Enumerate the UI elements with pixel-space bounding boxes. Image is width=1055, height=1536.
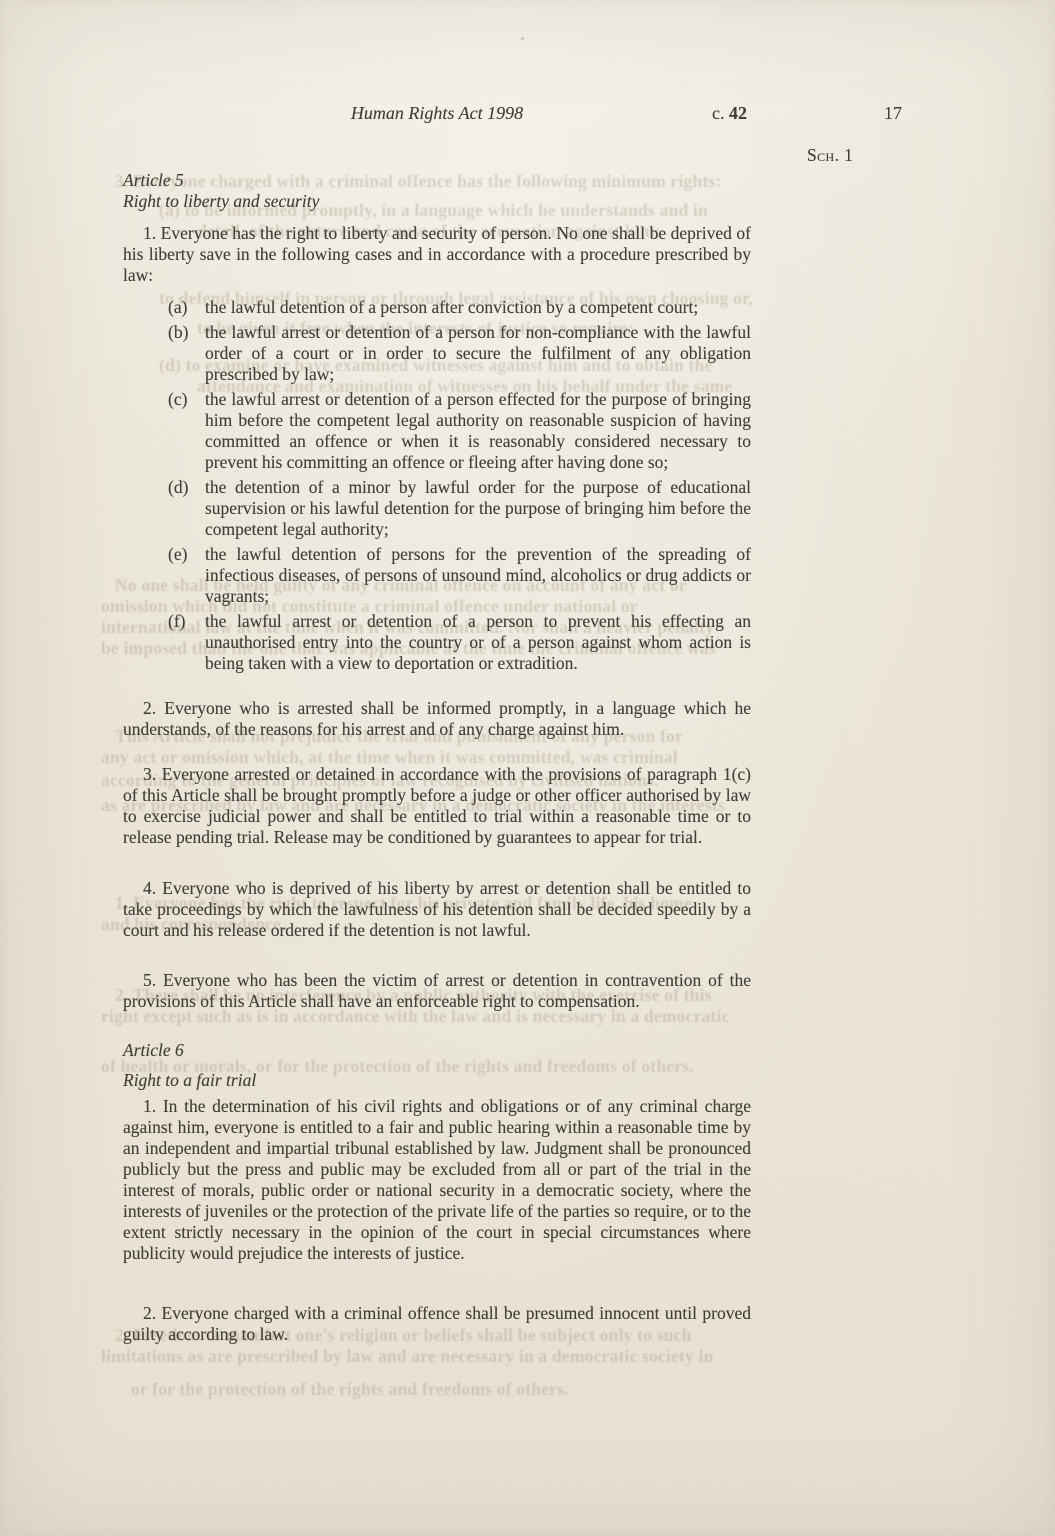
list-item-label: (a) [168, 297, 187, 318]
ink-speck [227, 229, 231, 231]
bleedthrough-line: or for the protection of the rights and … [101, 1379, 781, 1400]
list-item-a: (a) the lawful detention of a person aft… [123, 297, 751, 318]
article-5-subheading: Right to liberty and security [123, 191, 751, 212]
article-5-paragraph-5: 5. Everyone who has been the victim of a… [123, 970, 751, 1012]
list-item-c: (c) the lawful arrest or detention of a … [123, 389, 751, 473]
list-item-label: (c) [168, 389, 187, 410]
ink-speck [521, 37, 524, 40]
page-number: 17 [884, 103, 902, 124]
list-item-label: (b) [168, 322, 188, 343]
article-6-heading: Article 6 [123, 1040, 751, 1061]
chapter-number: 42 [729, 103, 747, 123]
article-6-paragraph-2: 2. Everyone charged with a criminal offe… [123, 1303, 751, 1345]
list-item-text: the lawful detention of persons for the … [205, 544, 751, 606]
list-item-label: (e) [168, 544, 187, 565]
list-item-e: (e) the lawful detention of persons for … [123, 544, 751, 607]
article-5-paragraph-4: 4. Everyone who is deprived of his liber… [123, 878, 751, 941]
running-title: Human Rights Act 1998 [123, 103, 751, 124]
chapter-reference: c. 42 [712, 103, 747, 124]
article-6-paragraph-1: 1. In the determination of his civil rig… [123, 1096, 751, 1264]
article-5-paragraph-2: 2. Everyone who is arrested shall be inf… [123, 698, 751, 740]
text-column: Article 5 Right to liberty and security … [123, 170, 751, 1345]
article-6-subheading: Right to a fair trial [123, 1070, 751, 1091]
list-item-label: (f) [168, 611, 185, 632]
article-5-heading: Article 5 [123, 170, 751, 191]
list-item-text: the lawful arrest or detention of a pers… [205, 611, 751, 673]
chapter-prefix: c. [712, 103, 725, 123]
list-item-text: the lawful arrest or detention of a pers… [205, 322, 751, 384]
list-item-label: (d) [168, 477, 188, 498]
list-item-d: (d) the detention of a minor by lawful o… [123, 477, 751, 540]
article-5-paragraph-3: 3. Everyone arrested or detained in acco… [123, 764, 751, 848]
bleedthrough-line: limitations as are prescribed by law and… [101, 1346, 751, 1367]
list-item-b: (b) the lawful arrest or detention of a … [123, 322, 751, 385]
schedule-margin-note: Sch. 1 [807, 145, 853, 166]
list-item-text: the lawful detention of a person after c… [205, 297, 698, 317]
statute-page: 3. Everyone charged with a criminal offe… [0, 0, 1055, 1536]
article-5-paragraph-1: 1. Everyone has the right to liberty and… [123, 223, 751, 286]
list-item-f: (f) the lawful arrest or detention of a … [123, 611, 751, 674]
list-item-text: the lawful arrest or detention of a pers… [205, 389, 751, 472]
list-item-text: the detention of a minor by lawful order… [205, 477, 751, 539]
page-header: Human Rights Act 1998 c. 42 17 [0, 103, 1055, 127]
